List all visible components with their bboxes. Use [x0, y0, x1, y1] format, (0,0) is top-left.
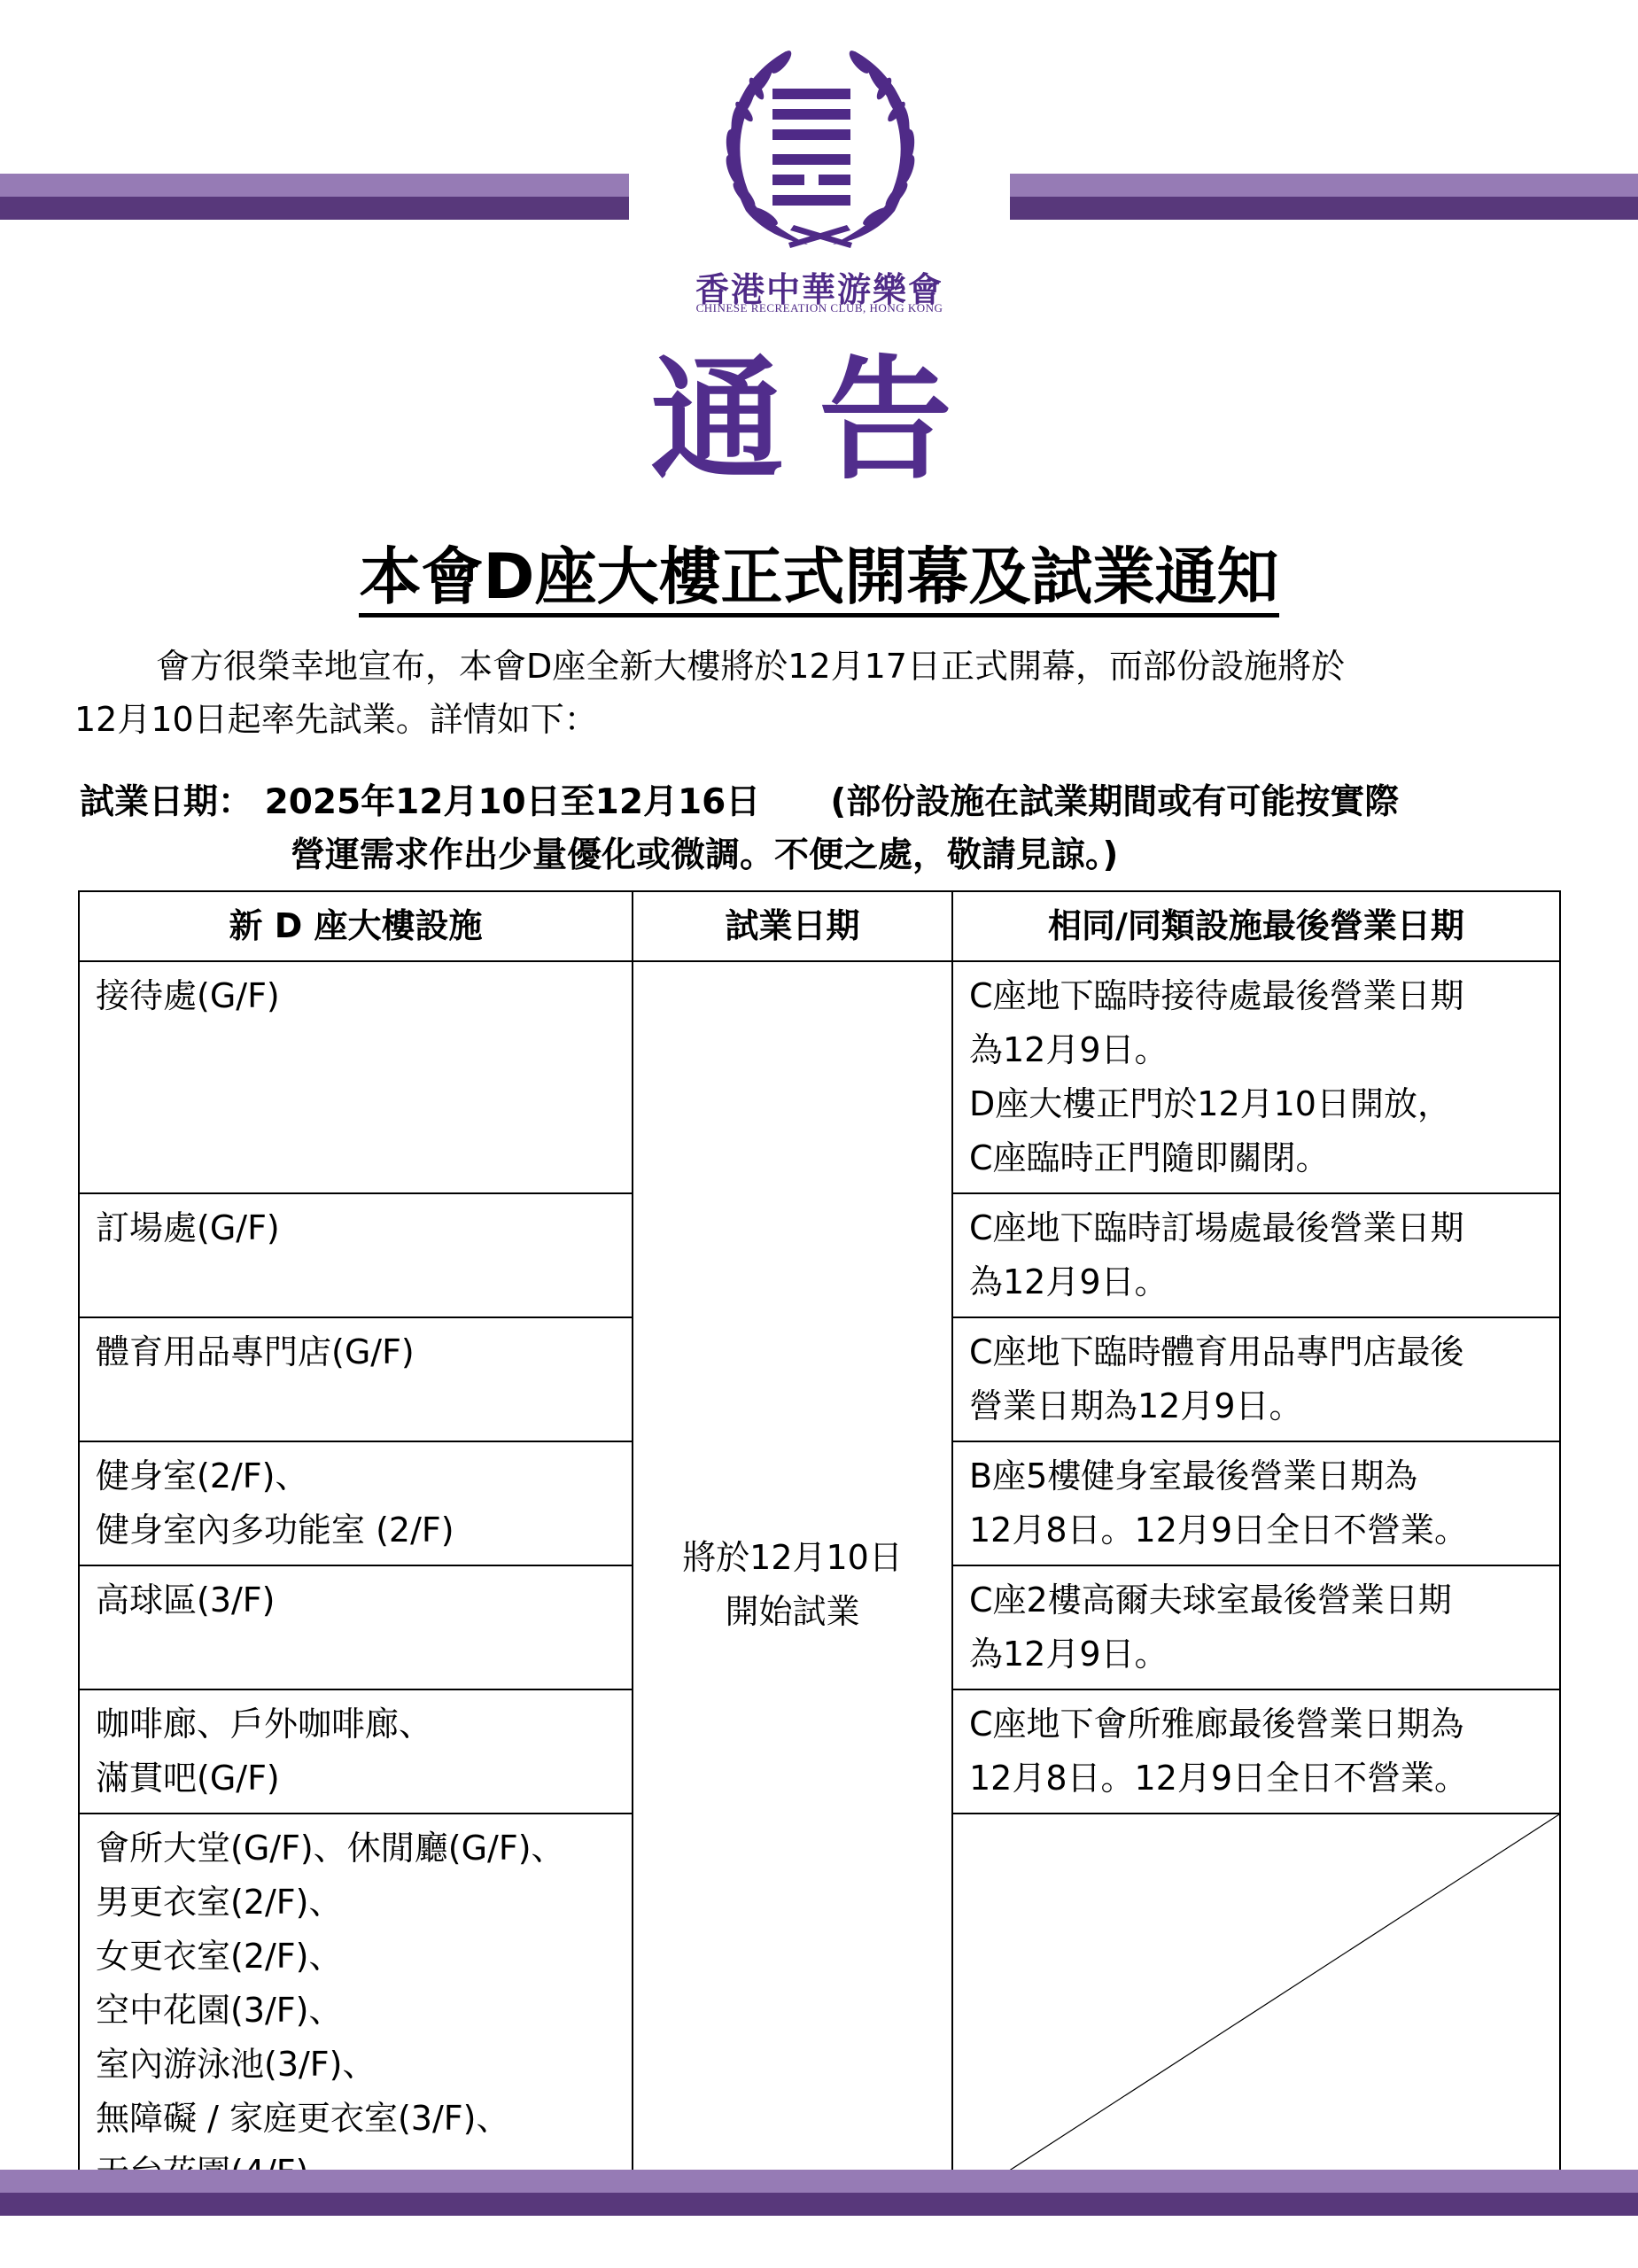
last-day-cell: C座地下臨時體育用品專門店最後 營業日期為12月9日。	[952, 1317, 1560, 1441]
facility-text: 無障礙 / 家庭更衣室(3/F)、	[96, 2092, 616, 2146]
trial-note-line-2: 營運需求作出少量優化或微調。不便之處，敬請見諒。)	[80, 829, 1586, 882]
facility-cell: 咖啡廊、戶外咖啡廊、 滿貫吧(G/F)	[79, 1689, 633, 1814]
last-day-text: C座地下會所雅廊最後營業日期為	[969, 1697, 1543, 1751]
trial-dates: 2025年12月10日至12月16日	[265, 782, 761, 822]
logo-name-english: CHINESE RECREATION CLUB, HONG KONG	[620, 301, 1019, 315]
last-day-text: D座大樓正門於12月10日開放，	[969, 1077, 1543, 1131]
trial-date-line-1: 將於12月10日	[649, 1531, 935, 1585]
facility-text: 接待處(G/F)	[96, 969, 616, 1023]
last-day-text: C座地下臨時接待處最後營業日期	[969, 969, 1543, 1023]
last-day-text: 12月8日。12月9日全日不營業。	[969, 1751, 1543, 1806]
facility-text: 咖啡廊、戶外咖啡廊、	[96, 1697, 616, 1751]
trial-date-cell: 將於12月10日 開始試業	[633, 961, 952, 2208]
facility-text: 健身室(2/F)、	[96, 1449, 616, 1503]
last-day-text: 為12月9日。	[969, 1255, 1543, 1309]
facility-cell: 接待處(G/F)	[79, 961, 633, 1193]
facility-cell: 高球區(3/F)	[79, 1565, 633, 1689]
column-header-last-day: 相同/同類設施最後營業日期	[952, 891, 1560, 961]
trial-label: 試業日期：	[80, 782, 252, 822]
facility-cell: 會所大堂(G/F)、休閒廳(G/F)、 男更衣室(2/F)、 女更衣室(2/F)…	[79, 1814, 633, 2208]
notice-title: 通告	[0, 346, 1638, 496]
last-day-cell: C座2樓高爾夫球室最後營業日期 為12月9日。	[952, 1565, 1560, 1689]
club-logo-icon	[702, 43, 939, 252]
facility-text: 滿貫吧(G/F)	[96, 1751, 616, 1806]
intro-line-2: 12月10日起率先試業。詳情如下：	[74, 693, 1563, 746]
subtitle-wrapper: 本會D座大樓正式開幕及試業通知	[0, 540, 1638, 613]
decorative-bar-top-right	[1010, 174, 1638, 220]
last-day-cell: C座地下會所雅廊最後營業日期為 12月8日。12月9日全日不營業。	[952, 1689, 1560, 1814]
table-row: 接待處(G/F) 將於12月10日 開始試業 C座地下臨時接待處最後營業日期 為…	[79, 961, 1560, 1193]
last-day-text: 為12月9日。	[969, 1023, 1543, 1077]
not-applicable-cell	[952, 1814, 1560, 2208]
last-day-cell: C座地下臨時訂場處最後營業日期 為12月9日。	[952, 1193, 1560, 1317]
facility-cell: 體育用品專門店(G/F)	[79, 1317, 633, 1441]
facility-cell: 健身室(2/F)、 健身室內多功能室 (2/F)	[79, 1441, 633, 1565]
facility-text: 健身室內多功能室 (2/F)	[96, 1503, 616, 1557]
last-day-text: C座2樓高爾夫球室最後營業日期	[969, 1573, 1543, 1627]
facility-text: 會所大堂(G/F)、休閒廳(G/F)、	[96, 1821, 616, 1876]
last-day-text: 為12月9日。	[969, 1627, 1543, 1682]
last-day-text: 12月8日。12月9日全日不營業。	[969, 1503, 1543, 1557]
last-day-text: C座臨時正門隨即關閉。	[969, 1131, 1543, 1185]
notice-subtitle: 本會D座大樓正式開幕及試業通知	[359, 540, 1278, 617]
diagonal-strike-icon	[953, 1814, 1559, 2207]
last-day-text: B座5樓健身室最後營業日期為	[969, 1449, 1543, 1503]
facility-text: 體育用品專門店(G/F)	[96, 1325, 616, 1379]
intro-line-1: 會方很榮幸地宣布，本會D座全新大樓將於12月17日正式開幕，而部份設施將於	[74, 640, 1563, 693]
facility-text: 訂場處(G/F)	[96, 1201, 616, 1255]
facility-text: 男更衣室(2/F)、	[96, 1876, 616, 1930]
column-header-trial-date: 試業日期	[633, 891, 952, 961]
decorative-bar-top-left	[0, 174, 629, 220]
facilities-table: 新 D 座大樓設施 試業日期 相同/同類設施最後營業日期 接待處(G/F) 將於…	[78, 890, 1561, 2209]
trial-period: 試業日期： 2025年12月10日至12月16日 (部份設施在試業期間或有可能按…	[80, 776, 1586, 882]
trial-date-line-2: 開始試業	[649, 1585, 935, 1639]
last-day-text: 營業日期為12月9日。	[969, 1379, 1543, 1433]
trial-note-line-1: (部份設施在試業期間或有可能按實際	[830, 782, 1399, 822]
facility-text: 室內游泳池(3/F)、	[96, 2038, 616, 2092]
column-header-facility: 新 D 座大樓設施	[79, 891, 633, 961]
decorative-bar-bottom	[0, 2170, 1638, 2216]
last-day-text: C座地下臨時訂場處最後營業日期	[969, 1201, 1543, 1255]
last-day-cell: C座地下臨時接待處最後營業日期 為12月9日。 D座大樓正門於12月10日開放，…	[952, 961, 1560, 1193]
facility-cell: 訂場處(G/F)	[79, 1193, 633, 1317]
last-day-cell: B座5樓健身室最後營業日期為 12月8日。12月9日全日不營業。	[952, 1441, 1560, 1565]
facility-text: 高球區(3/F)	[96, 1573, 616, 1627]
facility-text: 空中花園(3/F)、	[96, 1984, 616, 2038]
table-header-row: 新 D 座大樓設施 試業日期 相同/同類設施最後營業日期	[79, 891, 1560, 961]
facility-text: 女更衣室(2/F)、	[96, 1930, 616, 1984]
last-day-text: C座地下臨時體育用品專門店最後	[969, 1325, 1543, 1379]
intro-paragraph: 會方很榮幸地宣布，本會D座全新大樓將於12月17日正式開幕，而部份設施將於 12…	[74, 640, 1563, 746]
